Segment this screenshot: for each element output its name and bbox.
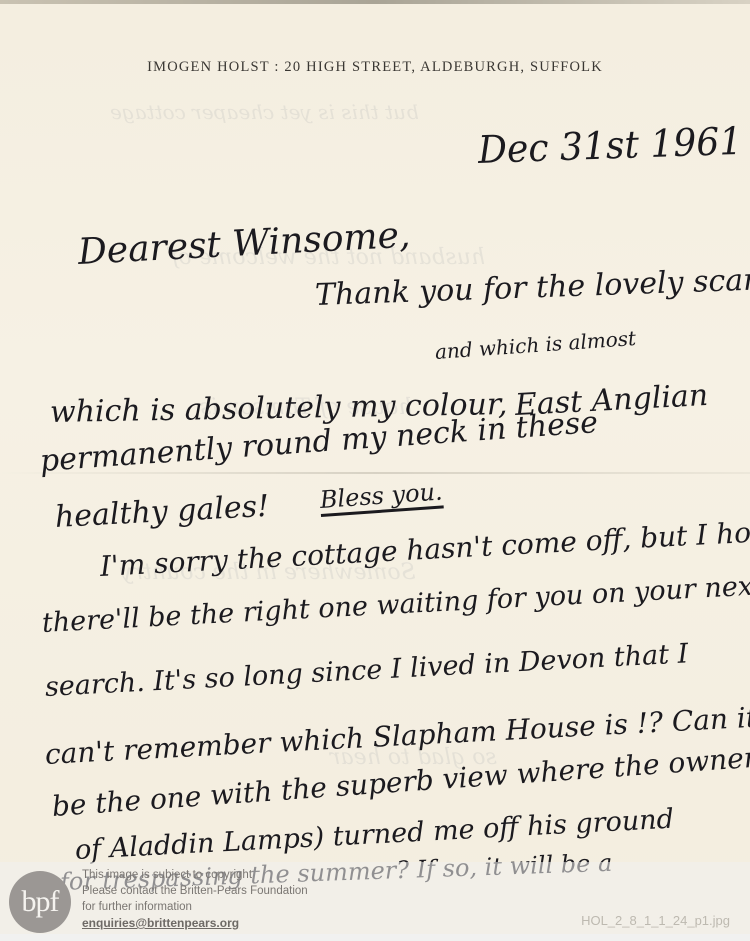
copyright-notice: This image is subject to copyright Pleas… [82,867,308,931]
letter-line: and which is almost [434,326,637,364]
email-link[interactable]: enquiries@brittenpears.org [82,915,308,931]
show-through-text: but this is yet cheaper cottage [110,100,419,124]
info-line: for further information [82,899,308,915]
contact-line: Please contact the Britten-Pears Foundat… [82,883,308,899]
letter-line: search. It's so long since I lived in De… [44,638,689,703]
filename-label: HOL_2_8_1_1_24_p1.jpg [581,913,730,928]
letterhead: IMOGEN HOLST : 20 HIGH STREET, ALDEBURGH… [0,59,750,76]
letter-line: healthy gales! [54,489,270,535]
bpf-logo: bpf [9,871,71,933]
bottom-strip [0,934,750,941]
copyright-line: This image is subject to copyright [82,867,308,883]
letter-date: Dec 31st 1961 [477,119,743,172]
letter-page: but this is yet cheaper cottage husband … [0,0,750,941]
bless-you-underlined: Bless you. [319,477,444,516]
paper-edge [0,0,750,4]
